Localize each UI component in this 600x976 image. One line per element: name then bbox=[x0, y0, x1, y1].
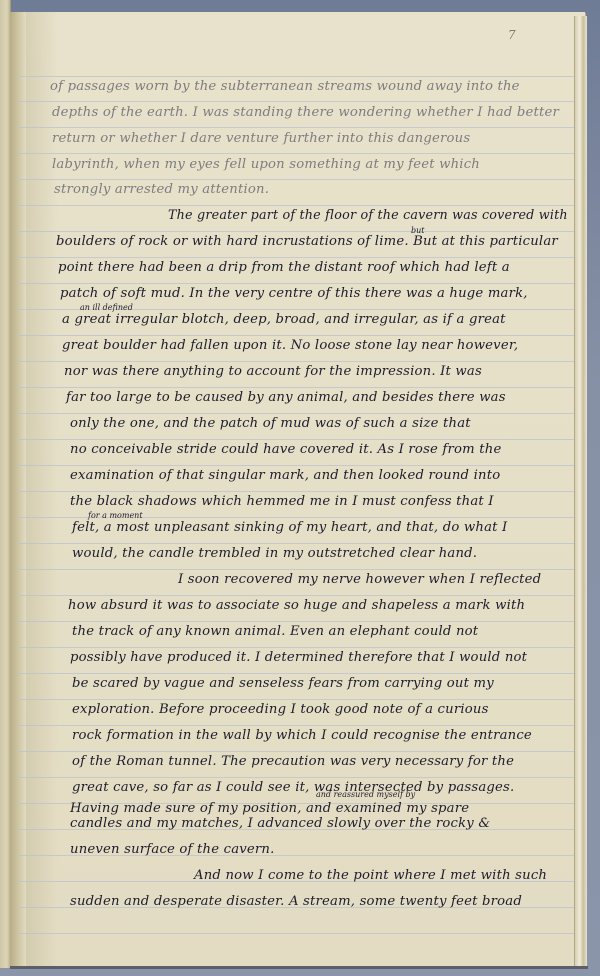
page-number: 7 bbox=[508, 28, 516, 42]
text-line: patch of soft mud. In the very centre of… bbox=[60, 286, 528, 301]
page-bottom-edge bbox=[10, 966, 588, 969]
text-line: candles and my matches, I advanced slowl… bbox=[70, 816, 490, 831]
text-line: would, the candle trembled in my outstre… bbox=[72, 546, 477, 561]
text-line: Having made sure of my position, and exa… bbox=[70, 801, 469, 816]
text-line: no conceivable stride could have covered… bbox=[70, 442, 501, 457]
text-line: rock formation in the wall by which I co… bbox=[72, 728, 532, 743]
insertion-and-reassured-myself-by: and reassured myself by bbox=[316, 790, 415, 799]
text-line: boulders of rock or with hard incrustati… bbox=[56, 234, 558, 249]
text-line: far too large to be caused by any animal… bbox=[66, 390, 506, 405]
text-line: the track of any known animal. Even an e… bbox=[72, 624, 478, 639]
text-line: be scared by vague and senseless fears f… bbox=[72, 676, 494, 691]
page-fore-edge bbox=[574, 16, 587, 968]
text-line: great boulder had fallen upon it. No loo… bbox=[62, 338, 518, 353]
text-line: point there had been a drip from the dis… bbox=[58, 260, 510, 275]
text-line: sudden and desperate disaster. A stream,… bbox=[70, 894, 522, 909]
text-line: felt, a most unpleasant sinking of my he… bbox=[72, 520, 507, 535]
text-line: The greater part of the floor of the cav… bbox=[168, 208, 568, 223]
text-line: depths of the earth. I was standing ther… bbox=[52, 105, 559, 120]
text-line: the black shadows which hemmed me in I m… bbox=[70, 494, 494, 509]
insertion-for-a-moment: for a moment bbox=[88, 511, 143, 520]
text-line: labyrinth, when my eyes fell upon someth… bbox=[52, 157, 480, 172]
text-line: And now I come to the point where I met … bbox=[194, 868, 547, 883]
text-line: only the one, and the patch of mud was o… bbox=[70, 416, 471, 431]
text-line: a great irregular blotch, deep, broad, a… bbox=[62, 312, 506, 327]
binding-gutter bbox=[10, 12, 26, 968]
insertion-an-ill-defined: an ill defined bbox=[80, 303, 133, 312]
text-line: I soon recovered my nerve however when I… bbox=[178, 572, 541, 587]
text-line: strongly arrested my attention. bbox=[54, 182, 269, 197]
text-line: exploration. Before proceeding I took go… bbox=[72, 702, 489, 717]
text-line: nor was there anything to account for th… bbox=[64, 364, 482, 379]
text-line: of passages worn by the subterranean str… bbox=[50, 79, 520, 94]
text-line: possibly have produced it. I determined … bbox=[70, 650, 527, 665]
text-line: uneven surface of the cavern. bbox=[70, 842, 275, 857]
text-line: how absurd it was to associate so huge a… bbox=[68, 598, 525, 613]
text-line: examination of that singular mark, and t… bbox=[70, 468, 500, 483]
text-line: great cave, so far as I could see it, wa… bbox=[72, 780, 514, 795]
text-line: of the Roman tunnel. The precaution was … bbox=[72, 754, 514, 769]
text-line: return or whether I dare venture further… bbox=[52, 131, 470, 146]
